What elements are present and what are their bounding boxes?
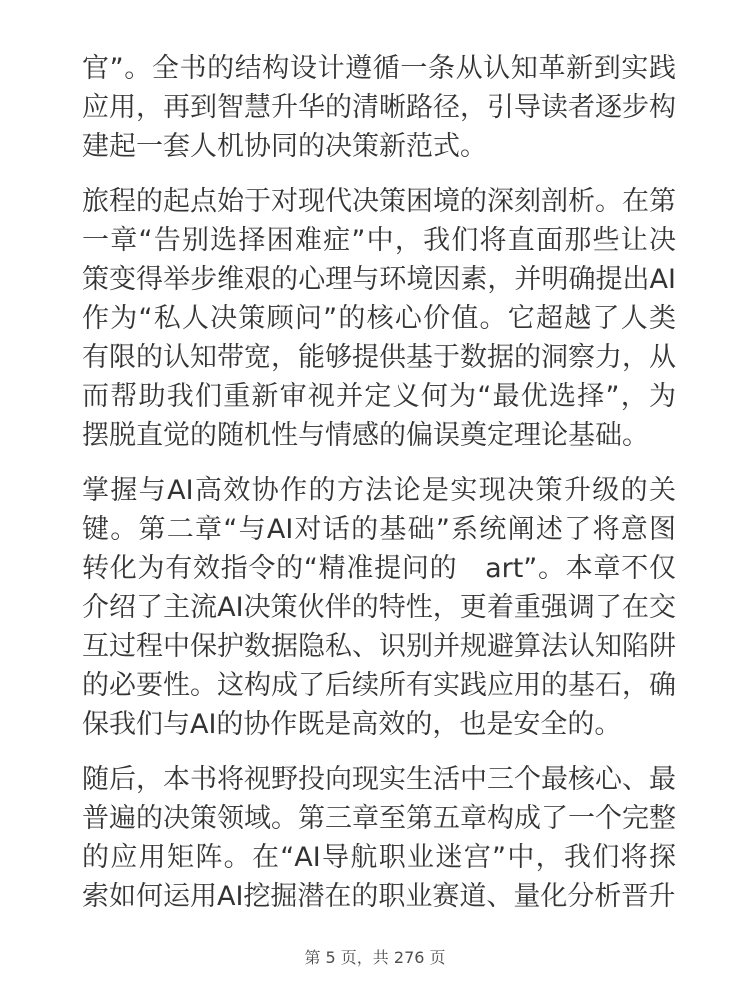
page-number-indicator: 第 5 页，共 276 页	[0, 945, 750, 968]
body-paragraph: 官”。全书的结构设计遵循一条从认知革新到实践应用，再到智慧升华的清晰路径，引导读…	[82, 49, 676, 166]
body-paragraph: 随后，本书将视野投向现实生活中三个最核心、最普遍的决策领域。第三章至第五章构成了…	[82, 760, 676, 916]
body-paragraph: 掌握与AI高效协作的方法论是实现决策升级的关键。第二章“与AI对话的基础”系统阐…	[82, 471, 676, 744]
body-paragraph: 旅程的起点始于对现代决策困境的深刻剖析。在第一章“告别选择困难症”中，我们将直面…	[82, 182, 676, 455]
document-page-content: 官”。全书的结构设计遵循一条从认知革新到实践应用，再到智慧升华的清晰路径，引导读…	[82, 49, 676, 932]
